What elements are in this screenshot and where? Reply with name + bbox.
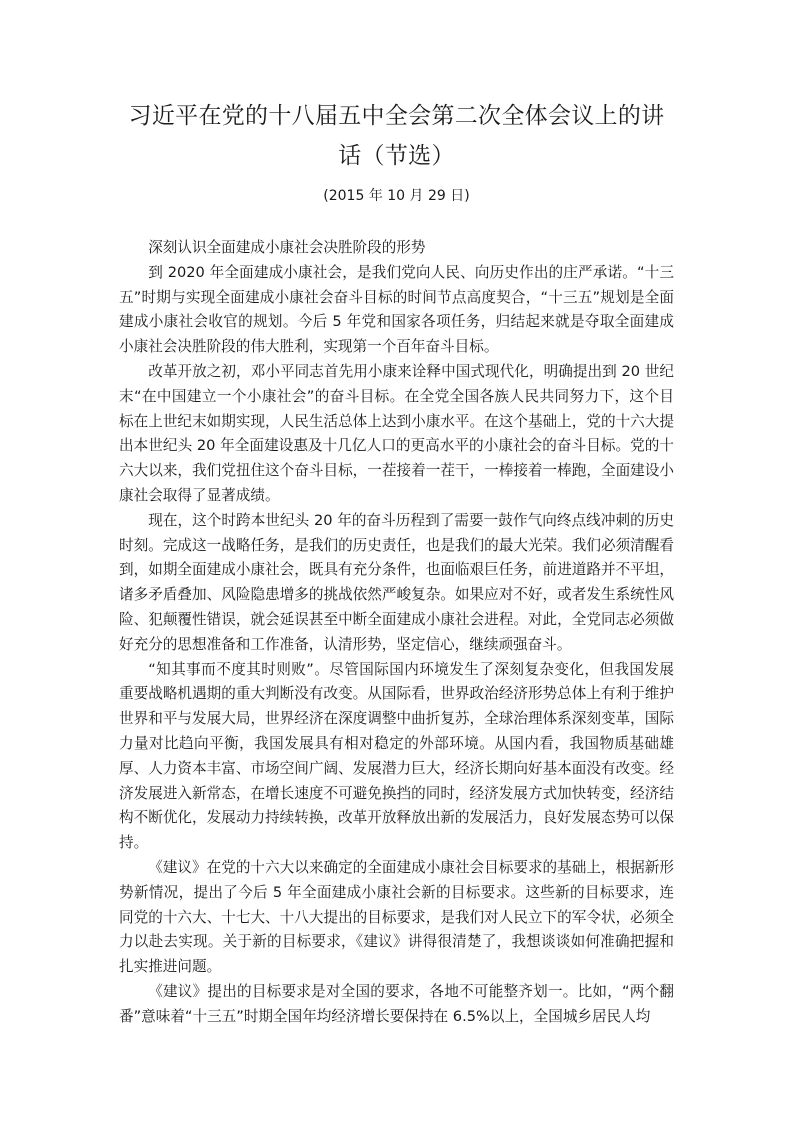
paragraph: 《建议》提出的目标要求是对全国的要求，各地不可能整齐划一。比如，“两个翻番”意味… <box>119 980 674 1030</box>
paragraph: 到 2020 年全面建成小康社会，是我们党向人民、向历史作出的庄严承诺。“十三五… <box>119 261 674 360</box>
document-title: 习近平在党的十八届五中全会第二次全体会议上的讲话（节选） <box>119 96 674 176</box>
document-date: (2015 年 10 月 29 日) <box>119 186 674 206</box>
document-body: 深刻认识全面建成小康社会决胜阶段的形势 到 2020 年全面建成小康社会，是我们… <box>119 236 674 1030</box>
paragraph: 《建议》在党的十六大以来确定的全面建成小康社会目标要求的基础上，根据新形势新情况… <box>119 856 674 980</box>
paragraph: 现在，这个时跨本世纪头 20 年的奋斗历程到了需要一鼓作气向终点线冲刺的历史时刻… <box>119 509 674 658</box>
document-page: 习近平在党的十八届五中全会第二次全体会议上的讲话（节选） (2015 年 10 … <box>119 96 674 1030</box>
section-heading: 深刻认识全面建成小康社会决胜阶段的形势 <box>119 236 674 261</box>
paragraph: 改革开放之初，邓小平同志首先用小康来诠释中国式现代化，明确提出到 20 世纪末“… <box>119 360 674 509</box>
paragraph: “知其事而不度其时则败”。尽管国际国内环境发生了深刻复杂变化，但我国发展重要战略… <box>119 658 674 856</box>
